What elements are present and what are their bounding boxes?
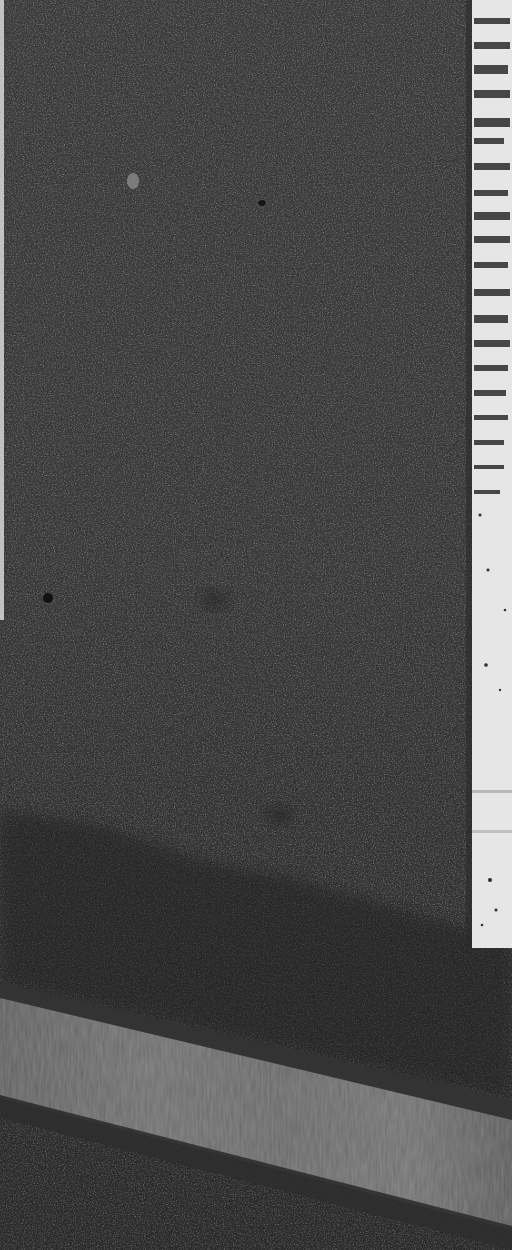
- lane-marking: [472, 0, 512, 948]
- left-edge-line: [0, 0, 4, 620]
- light-stain: [127, 173, 139, 189]
- pavement-image: [0, 0, 512, 1250]
- dark-blotch: [266, 805, 294, 825]
- marking-edge-shadow: [466, 0, 472, 948]
- dark-spot: [258, 200, 266, 206]
- pothole-spot: [43, 593, 53, 603]
- dark-blotch: [201, 590, 229, 610]
